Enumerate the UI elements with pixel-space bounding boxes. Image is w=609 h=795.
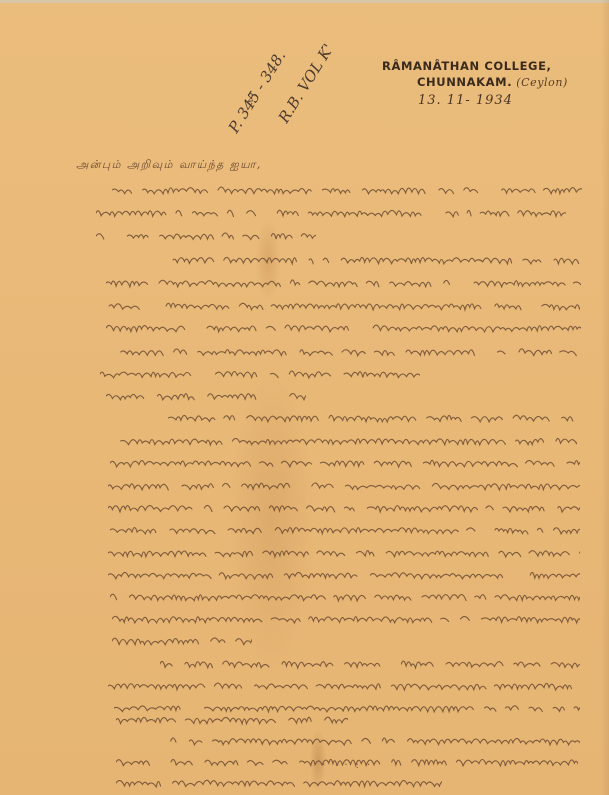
handwriting-stroke — [106, 320, 581, 336]
letter-page: RÂMANÂTHAN COLLEGE, CHUNNAKAM.(Ceylon) 1… — [0, 0, 609, 795]
handwriting-stroke — [108, 678, 580, 694]
handwritten-line — [116, 712, 348, 731]
handwriting-stroke — [168, 410, 578, 426]
handwritten-line — [100, 366, 420, 385]
handwritten-line — [108, 567, 580, 586]
handwriting-stroke — [112, 611, 580, 627]
handwritten-line — [110, 522, 580, 541]
handwritten-line — [106, 388, 306, 407]
handwritten-line — [160, 656, 580, 675]
handwritten-line — [100, 298, 580, 317]
handwriting-stroke — [162, 733, 580, 749]
ink-specks: · ·:· — [322, 760, 378, 771]
handwritten-line — [112, 344, 582, 363]
handwritten-line — [106, 275, 581, 294]
handwriting-stroke — [106, 275, 581, 291]
handwritten-line — [112, 433, 577, 452]
handwriting-stroke — [96, 205, 566, 221]
handwriting-stroke — [100, 298, 580, 314]
handwriting-stroke — [116, 775, 442, 791]
handwritten-line — [162, 733, 580, 752]
handwriting-stroke — [108, 545, 580, 561]
handwritten-line — [168, 410, 578, 429]
handwriting-stroke — [112, 633, 252, 649]
handwriting-stroke — [160, 656, 580, 672]
handwriting-stroke — [108, 500, 580, 516]
handwritten-line — [108, 478, 580, 497]
handwriting-stroke — [108, 478, 580, 494]
handwriting-stroke — [106, 388, 306, 404]
handwritten-line — [110, 455, 580, 474]
handwritten-line — [110, 589, 580, 608]
handwriting-stroke — [112, 182, 582, 198]
handwritten-line — [108, 500, 580, 519]
handwritten-line — [96, 205, 566, 224]
handwriting-stroke — [108, 567, 580, 583]
handwritten-body — [0, 0, 609, 795]
handwritten-line — [116, 775, 442, 794]
handwriting-stroke — [110, 455, 580, 471]
handwritten-line — [112, 633, 252, 652]
handwritten-line — [108, 678, 580, 697]
handwriting-stroke — [110, 522, 580, 538]
handwritten-line — [112, 182, 582, 201]
handwritten-line — [96, 228, 316, 247]
handwriting-stroke — [96, 228, 316, 244]
handwritten-line — [160, 252, 580, 271]
handwriting-stroke — [110, 589, 580, 605]
handwriting-stroke — [112, 433, 577, 449]
handwritten-line — [112, 611, 580, 630]
handwritten-line — [108, 545, 580, 564]
handwritten-line — [106, 320, 581, 339]
handwriting-stroke — [116, 712, 348, 728]
handwriting-stroke — [100, 366, 420, 382]
handwriting-stroke — [160, 252, 580, 268]
handwriting-stroke — [112, 344, 582, 360]
